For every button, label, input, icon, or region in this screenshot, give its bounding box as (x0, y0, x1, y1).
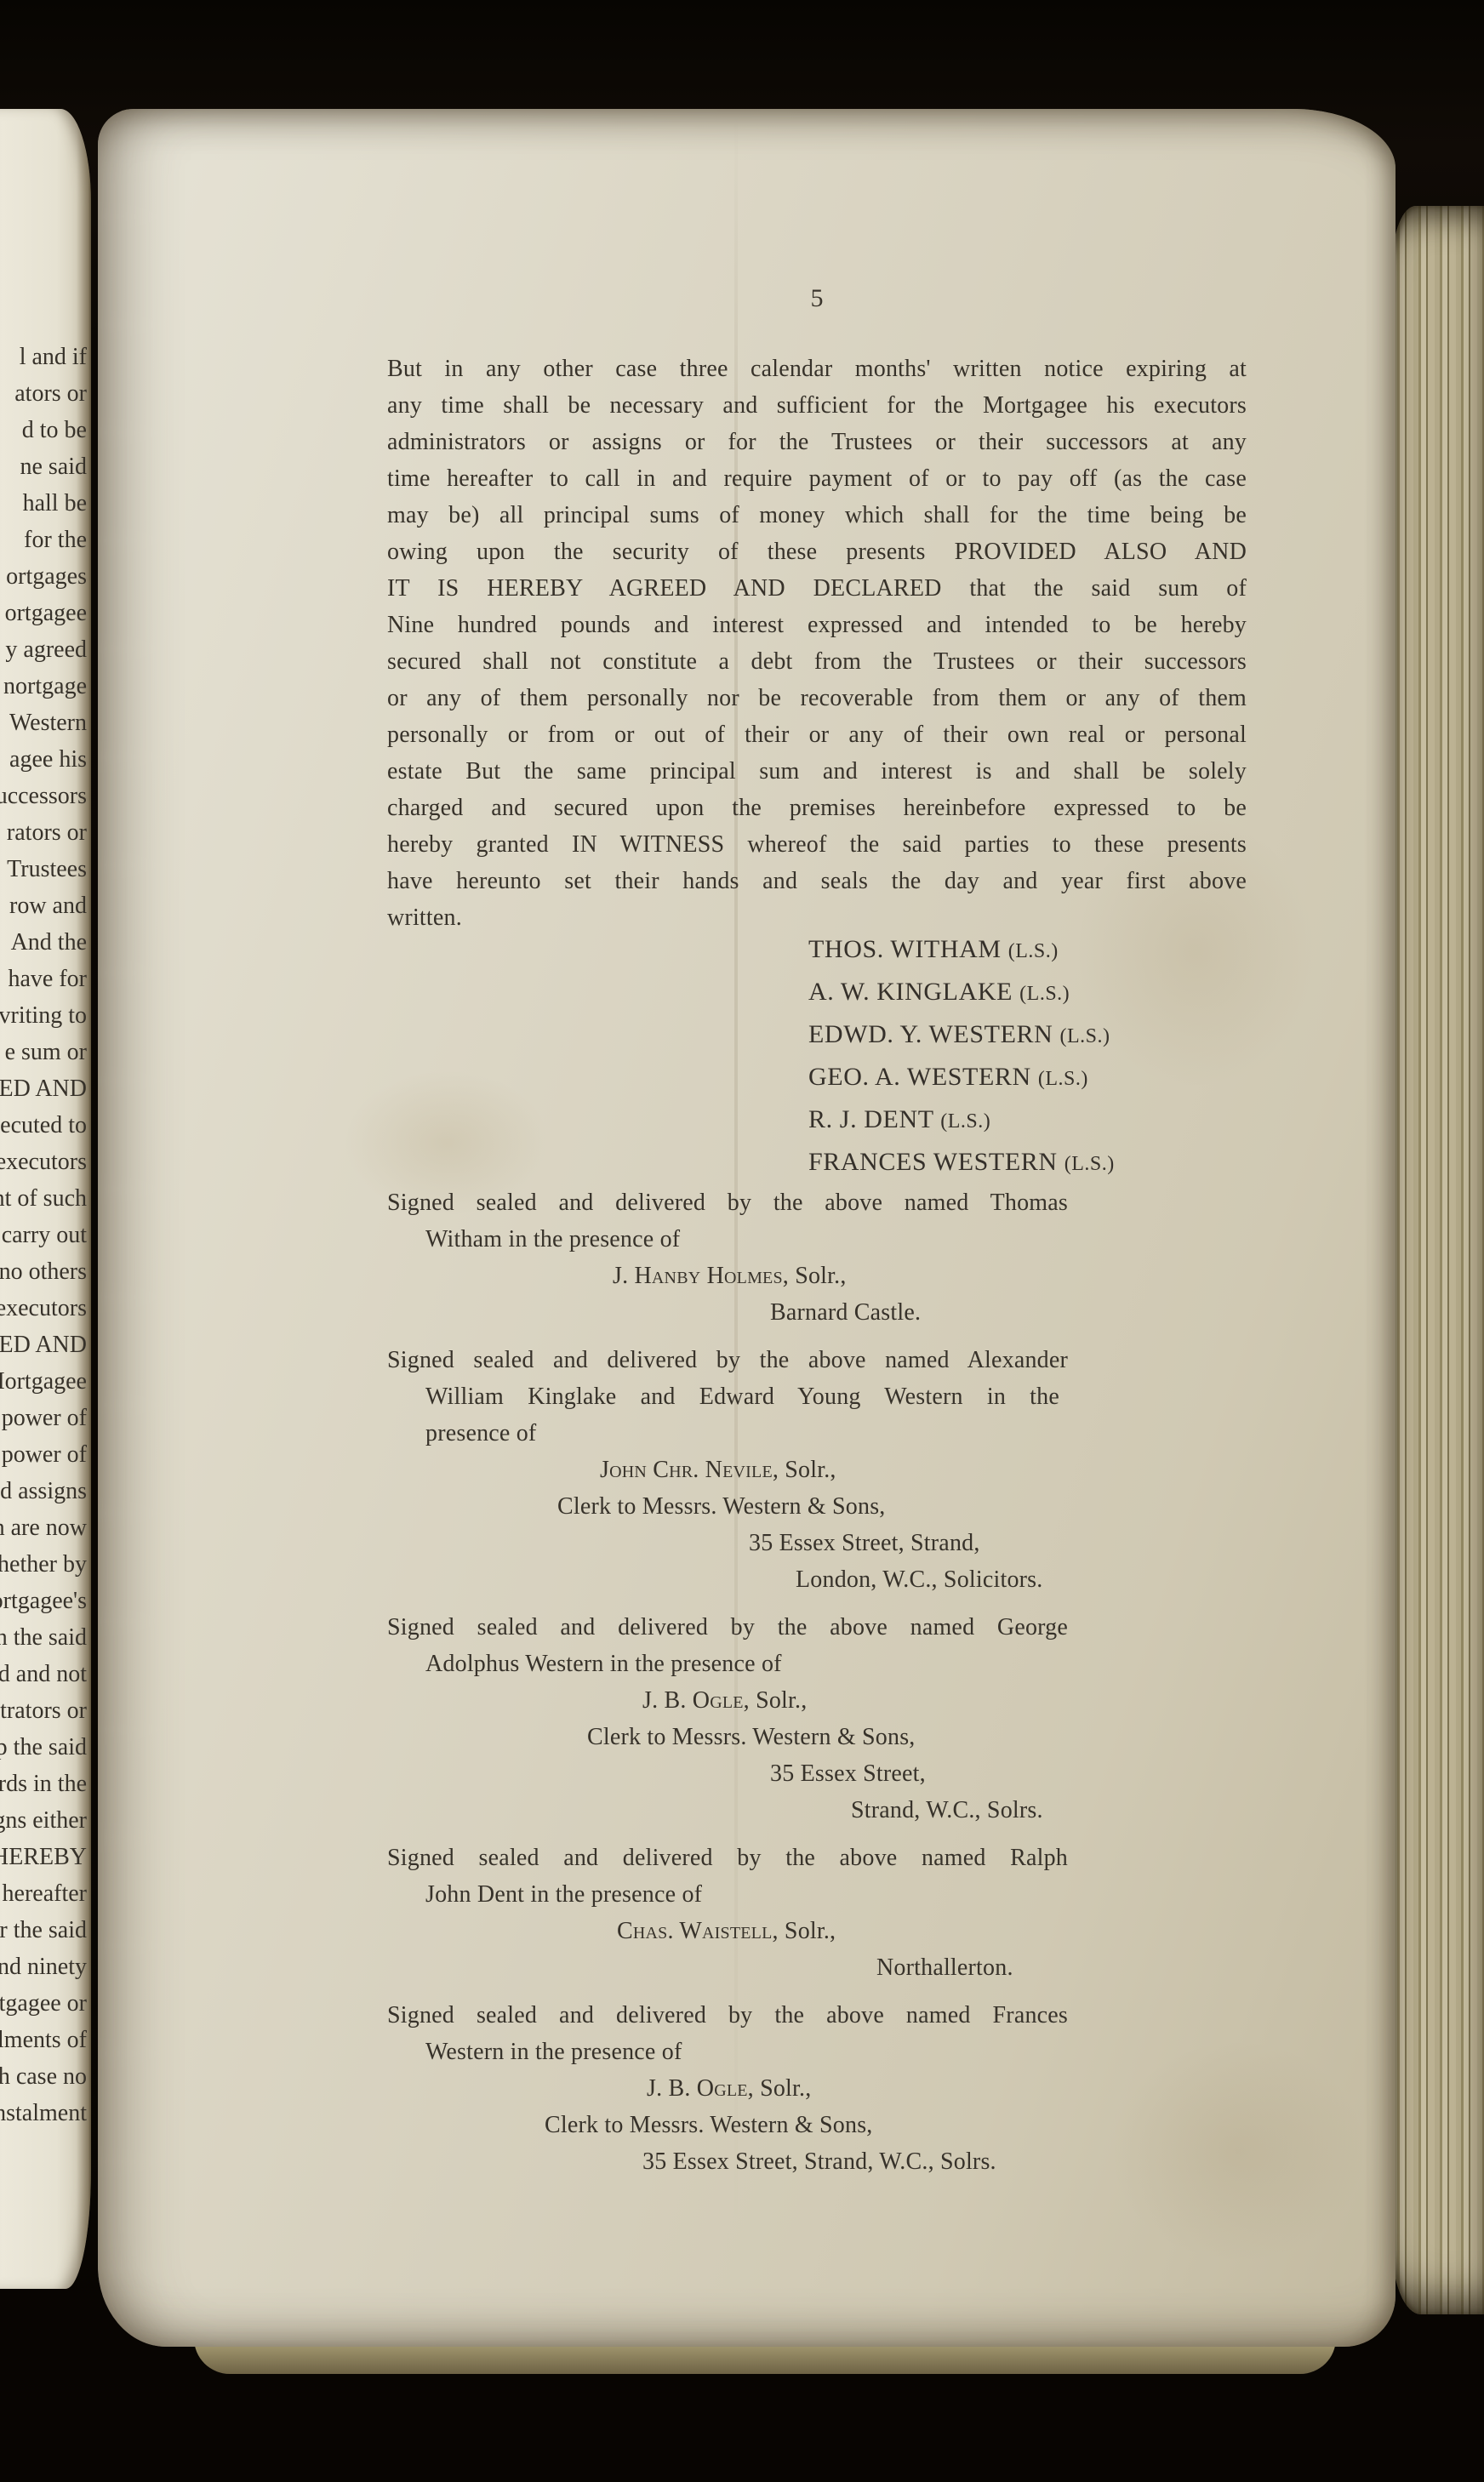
attestation-line: Barnard Castle. (770, 1294, 1247, 1331)
left-page-text-fragment: l and if (20, 339, 87, 375)
attestation-line: Chas. Waistell, Solr., (617, 1913, 1247, 1949)
attestation-text: Clerk to Messrs. Western & Sons, (557, 1493, 886, 1520)
signature-line: FRANCES WESTERN (L.S.) (808, 1142, 1247, 1184)
deed-body-line: any time shall be necessary and sufficie… (387, 387, 1247, 424)
attestation-line: Signed sealed and delivered by the above… (387, 1840, 1068, 1876)
deed-body-line: IT IS HEREBY AGREED AND DECLARED that th… (387, 570, 1247, 607)
deed-body-line: estate But the same principal sum and in… (387, 753, 1247, 790)
attestation-text: Signed sealed and delivered by the above… (387, 2002, 1068, 2028)
attestation-text: Western in the presence of (425, 2039, 682, 2065)
witness-name: J. B. Ogle (642, 1687, 744, 1714)
attestation-text: Witham in the presence of (425, 1226, 680, 1252)
left-page-text-fragment: d to be (22, 412, 87, 448)
left-page-text-fragment: Western (9, 705, 87, 741)
deed-body-line: personally or from or out of their or an… (387, 716, 1247, 753)
left-page-text-fragment: ecuted to (0, 1107, 87, 1144)
attestation-line: Western in the presence of (425, 2034, 1247, 2070)
deed-body-line: hereby granted IN WITNESS whereof the sa… (387, 826, 1247, 863)
seal-mark: (L.S.) (1064, 1153, 1115, 1175)
previous-page-edge: l and ifators ord to bene saidhall befor… (0, 109, 91, 2289)
attestation-text: London, W.C., Solicitors. (796, 1566, 1042, 1593)
left-page-text-fragment: nder the said (0, 1912, 87, 1949)
left-page-text-fragment: istrators or (0, 1692, 87, 1729)
signature-line: EDWD. Y. WESTERN (L.S.) (808, 1014, 1247, 1057)
left-page-text-fragment: d and ninety (0, 1949, 87, 1985)
attestation-text: , Solr., (744, 1687, 808, 1714)
left-page-text-fragment: no others (0, 1253, 87, 1290)
left-page-text-fragment: ed and not (0, 1656, 87, 1692)
left-page-text-fragment: nt of such (0, 1180, 87, 1217)
deed-body-line: owing upon the security of these present… (387, 533, 1247, 570)
attestation-text: 35 Essex Street, (770, 1760, 926, 1787)
seal-mark: (L.S.) (1008, 940, 1059, 962)
attestation-text: Barnard Castle. (770, 1299, 921, 1326)
attestation-text: Northallerton. (876, 1954, 1013, 1981)
attestation-text: Signed sealed and delivered by the above… (387, 1190, 1068, 1216)
signatory-name: A. W. KINGLAKE (808, 978, 1013, 1006)
page-content: 5 But in any other case three calendar m… (387, 351, 1247, 2180)
attestation-text: Clerk to Messrs. Western & Sons, (587, 1724, 916, 1750)
signature-line: A. W. KINGLAKE (L.S.) (808, 972, 1247, 1014)
left-page-text-fragment: ortgagee (5, 595, 87, 631)
attestation-text: Adolphus Western in the presence of (425, 1651, 782, 1677)
attestation-line: presence of (425, 1415, 1247, 1452)
attestation-block: Signed sealed and delivered by the above… (387, 1184, 1247, 2180)
attestation-text: Signed sealed and delivered by the above… (387, 1614, 1068, 1640)
left-page-text-fragment: ep the said (0, 1729, 87, 1766)
left-page-text-fragment: nortgage (3, 668, 87, 705)
attestation-text: , Solr., (773, 1457, 836, 1483)
page-number: 5 (387, 284, 1247, 313)
attestation-line: London, W.C., Solicitors. (796, 1561, 1247, 1598)
left-page-text-fragment: Mortgagee (0, 1363, 87, 1400)
attestation-line: Clerk to Messrs. Western & Sons, (587, 1719, 1247, 1755)
attestation-line: Strand, W.C., Solrs. (851, 1792, 1247, 1829)
witness-name: J. Hanby Holmes (613, 1263, 783, 1289)
signature-line: THOS. WITHAM (L.S.) (808, 929, 1247, 972)
attestation-text: Strand, W.C., Solrs. (851, 1797, 1043, 1823)
left-page-text-fragment: have for (8, 961, 87, 997)
attestation-text: John Dent in the presence of (425, 1881, 702, 1908)
left-page-text-fragment: Mortgagee's (0, 1583, 87, 1619)
seal-mark: (L.S.) (1038, 1068, 1088, 1090)
left-page-text-fragment: And the (11, 924, 87, 961)
attestation-line: Adolphus Western in the presence of (425, 1646, 1247, 1682)
attestation-line: Signed sealed and delivered by the above… (387, 1184, 1068, 1221)
attestation-text: , Solr., (783, 1263, 847, 1289)
attestation-line: 35 Essex Street, (770, 1755, 1247, 1792)
left-page-text-fragment: carry out (2, 1217, 87, 1253)
attestation-line: 35 Essex Street, Strand, W.C., Solrs. (642, 2143, 1247, 2180)
left-page-text-fragment: rators or (7, 814, 87, 851)
deed-body-line: may be) all principal sums of money whic… (387, 497, 1247, 533)
left-page-text-fragment: Trustees (7, 851, 87, 887)
left-page-text-fragment: uch case no (0, 2058, 87, 2095)
signatory-name: THOS. WITHAM (808, 935, 1002, 963)
attestation-line: J. B. Ogle, Solr., (647, 2070, 1247, 2107)
signatory-name: EDWD. Y. WESTERN (808, 1020, 1053, 1048)
attestation-text: , Solr., (773, 1918, 836, 1944)
attestation-line: Northallerton. (876, 1949, 1247, 1986)
attestation-text: 35 Essex Street, Strand, W.C., Solrs. (642, 2148, 996, 2175)
signature-block: THOS. WITHAM (L.S.)A. W. KINGLAKE (L.S.)… (808, 929, 1247, 1184)
deed-body-line: charged and secured upon the premises he… (387, 790, 1247, 826)
fore-edge-page-stack (1392, 206, 1484, 2314)
left-page-text-fragment: uccessors (0, 778, 87, 814)
attestation-line: 35 Essex Street, Strand, (749, 1525, 1247, 1561)
attestation-text: presence of (425, 1420, 536, 1446)
attestation-line: John Chr. Nevile, Solr., (600, 1452, 1247, 1488)
left-page-text-fragment: on the said (0, 1619, 87, 1656)
left-page-text-fragment: stalments of (0, 2022, 87, 2058)
left-page-text-fragment: es hereafter (0, 1875, 87, 1912)
left-page-text-fragment: executors (0, 1290, 87, 1327)
left-page-text-fragment: Mortgagee or (0, 1985, 87, 2022)
left-page-text-fragment: for the (24, 522, 87, 558)
deed-body-line: Nine hundred pounds and interest express… (387, 607, 1247, 643)
left-page-text-fragment: power of (2, 1400, 87, 1436)
left-page-text-fragment: ssigns either (0, 1802, 87, 1839)
signatory-name: GEO. A. WESTERN (808, 1063, 1031, 1091)
left-page-text-fragment: h are now (0, 1509, 87, 1546)
left-page-text-fragment: row and (9, 887, 87, 924)
attestation-line: J. B. Ogle, Solr., (642, 1682, 1247, 1719)
attestation-text: , Solr., (748, 2075, 812, 2102)
attestation-line: Clerk to Messrs. Western & Sons, (557, 1488, 1247, 1525)
left-page-text-fragment: ortgages (6, 558, 87, 595)
signatory-name: FRANCES WESTERN (808, 1148, 1058, 1176)
left-page-text-fragment: S HEREBY (0, 1839, 87, 1875)
deed-body-line: or any of them personally nor be recover… (387, 680, 1247, 716)
deed-body-line: secured shall not constitute a debt from… (387, 643, 1247, 680)
left-page-text-fragment: vriting to (0, 997, 87, 1034)
signature-line: GEO. A. WESTERN (L.S.) (808, 1057, 1247, 1099)
left-page-text-fragment: hall be (23, 485, 87, 522)
attestation-text: William Kinglake and Edward Young Wester… (425, 1384, 1059, 1410)
left-page-text-fragment: ators or (14, 375, 87, 412)
left-page-text-fragment: e sum or (5, 1034, 87, 1070)
witness-name: J. B. Ogle (647, 2075, 748, 2102)
left-page-text-fragment: ED AND (0, 1070, 87, 1107)
signatory-name: R. J. DENT (808, 1105, 933, 1133)
left-page-text-fragment: agee his (9, 741, 87, 778)
attestation-line: Witham in the presence of (425, 1221, 1247, 1258)
seal-mark: (L.S.) (1019, 983, 1070, 1005)
attestation-text: Signed sealed and delivered by the above… (387, 1845, 1068, 1871)
deed-body-paragraph: But in any other case three calendar mon… (387, 351, 1247, 936)
previous-page-text-column: l and ifators ord to bene saidhall befor… (0, 109, 91, 2289)
attestation-line: Signed sealed and delivered by the above… (387, 1997, 1068, 2034)
attestation-text: 35 Essex Street, Strand, (749, 1530, 980, 1556)
seal-mark: (L.S.) (1059, 1025, 1110, 1047)
left-page-text-fragment: wards in the (0, 1766, 87, 1802)
left-page-text-fragment: ED AND (0, 1327, 87, 1363)
attestation-line: J. Hanby Holmes, Solr., (613, 1258, 1247, 1294)
seal-mark: (L.S.) (940, 1110, 990, 1133)
book-scan: l and ifators ord to bene saidhall befor… (0, 0, 1484, 2482)
left-page-text-fragment: y agreed (5, 631, 87, 668)
left-page-text-fragment: h instalment (0, 2095, 87, 2131)
attestation-line: William Kinglake and Edward Young Wester… (425, 1378, 1059, 1415)
left-page-text-fragment: executors (0, 1144, 87, 1180)
document-page: 5 But in any other case three calendar m… (98, 109, 1396, 2347)
attestation-line: Signed sealed and delivered by the above… (387, 1609, 1068, 1646)
deed-body-line: have hereunto set their hands and seals … (387, 863, 1247, 899)
signature-line: R. J. DENT (L.S.) (808, 1099, 1247, 1142)
witness-name: Chas. Waistell (617, 1918, 773, 1944)
deed-body-line: But in any other case three calendar mon… (387, 351, 1247, 387)
deed-body-line: time hereafter to call in and require pa… (387, 460, 1247, 497)
attestation-text: Clerk to Messrs. Western & Sons, (545, 2112, 873, 2138)
attestation-line: Clerk to Messrs. Western & Sons, (545, 2107, 1247, 2143)
deed-body-line: administrators or assigns or for the Tru… (387, 424, 1247, 460)
attestation-line: Signed sealed and delivered by the above… (387, 1342, 1068, 1378)
left-page-text-fragment: vhether by (0, 1546, 87, 1583)
witness-name: John Chr. Nevile (600, 1457, 773, 1483)
left-page-text-fragment: power of (2, 1436, 87, 1473)
attestation-text: Signed sealed and delivered by the above… (387, 1347, 1068, 1373)
left-page-text-fragment: nd assigns (0, 1473, 87, 1509)
left-page-text-fragment: ne said (20, 448, 87, 485)
attestation-line: John Dent in the presence of (425, 1876, 1247, 1913)
